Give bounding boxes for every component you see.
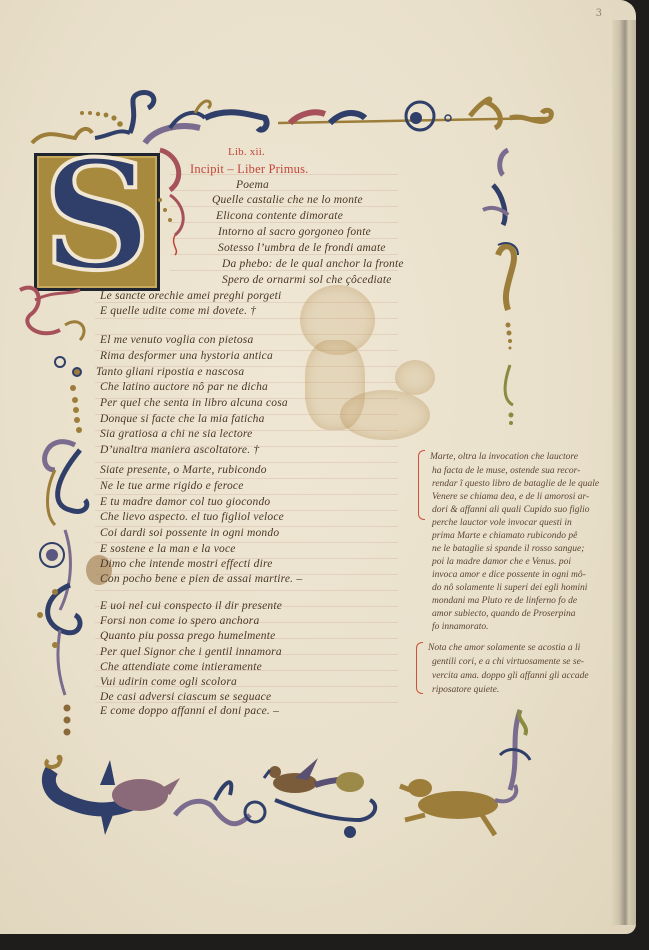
verse-line: Tanto gliani ripostia e nascosa — [96, 366, 244, 378]
poem-label: Poema — [236, 179, 269, 191]
gloss-line: poi la madre damor che e Venus. poi — [432, 557, 571, 567]
gloss-line: amor subiecto, quando de Proserpina — [432, 609, 575, 619]
verse-line: E sostene e la man e la voce — [100, 543, 236, 555]
page-edge — [612, 20, 636, 925]
verse-line: Sia gratiosa a chi ne sia lectore — [100, 428, 252, 440]
verse-line: Quanto piu possa prego humelmente — [100, 630, 275, 642]
verse-line: Da phebo: de le qual anchor la fronte — [222, 258, 404, 270]
verse-line: E uoi nel cui conspecto il dir presente — [100, 600, 282, 612]
verse-line: Dimo che intende mostri effecti dire — [100, 558, 273, 570]
folio-number: 3 — [596, 8, 602, 19]
gloss-bracket — [416, 642, 423, 694]
gloss-line: Nota che amor solamente se acostia a li — [428, 643, 580, 653]
gloss-line: dori & affanni ali quali Cupido suo figl… — [432, 505, 590, 515]
verse-line: Sotesso l’umbra de le frondi amate — [218, 242, 386, 254]
gloss-line: gentili cori, e a chi virtuosamente se s… — [432, 657, 584, 667]
gloss-line: perche lauctor vole invocar questi in — [432, 518, 572, 528]
verse-line: Intorno al sacro gorgoneo fonte — [218, 226, 371, 238]
verse-line: Coi dardi soi possente in ogni mondo — [100, 527, 279, 539]
hound-icon — [400, 779, 516, 835]
gloss-line: fo innamorato. — [432, 622, 488, 632]
verse-line: Per quel Signor che i gentil innamora — [100, 646, 282, 658]
gloss-line: Marte, oltra la invocation che lauctore — [430, 452, 578, 462]
bird-icon — [264, 758, 364, 793]
gloss-line: rendar ĩ questo libro de bataglie de le … — [432, 479, 599, 489]
initial-flourish — [10, 140, 195, 355]
incipit-heading: Incipit – Liber Primus. — [190, 162, 308, 177]
dolphin-icon — [46, 757, 180, 835]
verse-line: D’unaltra maniera ascoltatore. † — [100, 444, 259, 456]
verse-line: E quelle udite come mi dovete. † — [100, 305, 256, 317]
gloss-bracket — [418, 450, 425, 520]
book-number: Lib. xii. — [228, 146, 265, 158]
gloss-line: ne le bataglie si spande il rosso sangue… — [432, 544, 584, 554]
bottom-border-bestiary — [40, 700, 550, 850]
right-border-acanthus — [478, 145, 528, 445]
verse-line: Forsi non come io spero anchora — [100, 615, 259, 627]
verse-line: Quelle castalie che ne lo monte — [212, 194, 363, 206]
verse-line: Siate presente, o Marte, rubicondo — [100, 464, 267, 476]
gloss-line: vercita ama. doppo gli affanni gli accad… — [432, 671, 589, 681]
verse-line: Che attendiate come intieramente — [100, 661, 262, 673]
verse-line: Vui udirin come ogli scolora — [100, 676, 237, 688]
left-border-vine — [15, 330, 95, 740]
gloss-line: ha facta de le muse, ostende sua recor- — [432, 466, 580, 476]
verse-line: Ne le tue arme rigido e feroce — [100, 480, 244, 492]
verse-line: Donque si facte che la mia faticha — [100, 413, 265, 425]
gloss-line: mondani ma Pluto re de linferno fo de — [432, 596, 577, 606]
verse-line: El me venuto voglia con pietosa — [100, 334, 253, 346]
gloss-line: prima Marte e chiamato rubicondo pê — [432, 531, 577, 541]
verse-line: E come doppo affanni el doni pace. – — [100, 705, 279, 717]
gloss-line: do nô solamente li superi dei egli homin… — [432, 583, 587, 593]
verse-line: E tu madre damor col tuo giocondo — [100, 496, 270, 508]
manuscript-page: 3 — [0, 0, 636, 934]
verse-line: Con pocho bene e pien de assai martire. … — [100, 573, 302, 585]
gloss-line: riposatore quiete. — [432, 685, 499, 695]
gloss-line: invoca amor e dice possente in ogni mô- — [432, 570, 586, 580]
verse-line: De casi adversi ciascum se seguace — [100, 691, 271, 703]
verse-line: Elicona contente dimorate — [216, 210, 343, 222]
verse-line: Che lievo aspecto. el tuo figliol veloce — [100, 511, 284, 523]
verse-line: Spero de ornarmi sol che çôcediate — [222, 274, 392, 286]
verse-line: Per quel che senta in libro alcuna cosa — [100, 397, 288, 409]
verse-line: Rima desformer una hystoria antica — [100, 350, 273, 362]
gloss-line: Venere se chiama dea, e de li amorosi ar… — [432, 492, 589, 502]
verse-line: Che latino auctore nô par ne dicha — [100, 381, 268, 393]
verse-line: Le sancte orechie amei preghi porgeti — [100, 290, 281, 302]
